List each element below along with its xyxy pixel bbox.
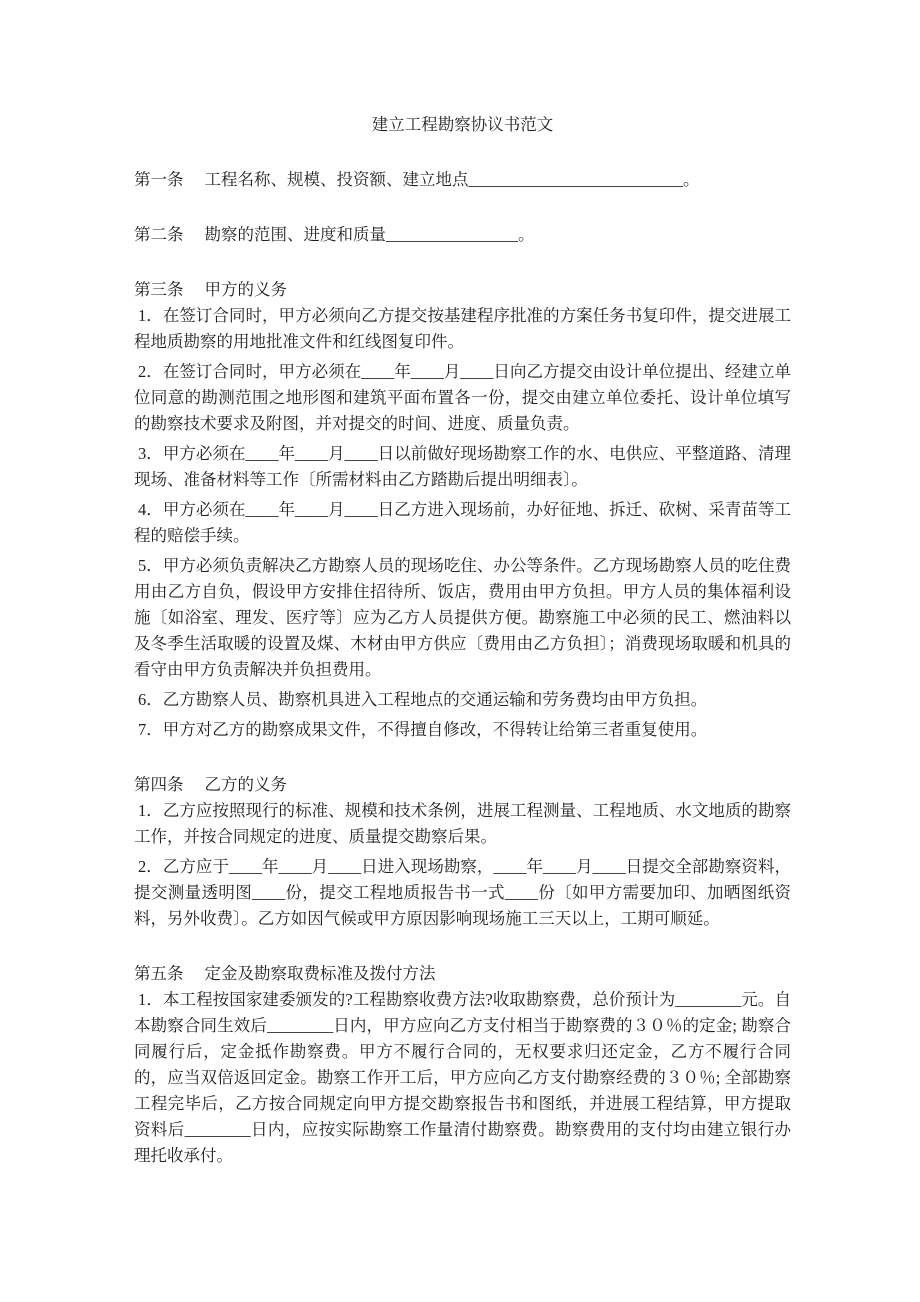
clause-item: 7．甲方对乙方的勘察成果文件，不得擅自修改，不得转让给第三者重复使用。 [134,717,791,743]
document-content: 建立工程勘察协议书范文 第一条工程名称、规模、投资额、建立地点_________… [134,112,791,1169]
clause-5-heading: 第五条定金及勘察取费标准及拨付方法 [134,961,791,987]
clause-2-text: 勘察的范围、进度和质量________________。 [205,225,535,244]
clause-4-text: 乙方的义务 [205,775,288,794]
clause-4-heading: 第四条乙方的义务 [134,772,791,798]
clause-1: 第一条工程名称、规模、投资额、建立地点_____________________… [134,167,791,193]
clause-5-label: 第五条 [134,961,184,987]
clause-2-heading: 第二条勘察的范围、进度和质量________________。 [134,222,791,248]
clause-item: 4．甲方必须在____年____月____日乙方进入现场前，办好征地、拆迁、砍树… [134,497,791,549]
clause-item: 1．本工程按国家建委颁发的?工程勘察收费方法?收取勘察费，总价预计为______… [134,987,791,1169]
clause-1-text: 工程名称、规模、投资额、建立地点________________________… [205,170,700,189]
document-title: 建立工程勘察协议书范文 [134,112,791,138]
clause-3-heading: 第三条甲方的义务 [134,277,791,303]
clause-3-items: 1．在签订合同时，甲方必须向乙方提交按基建程序批准的方案任务书复印件，提交进展工… [134,303,791,743]
clause-3: 第三条甲方的义务 1．在签订合同时，甲方必须向乙方提交按基建程序批准的方案任务书… [134,277,791,743]
clause-4-items: 1．乙方应按照现行的标准、规模和技术条例，进展工程测量、工程地质、水文地质的勘察… [134,798,791,932]
clause-2-label: 第二条 [134,222,184,248]
clause-item: 1．在签订合同时，甲方必须向乙方提交按基建程序批准的方案任务书复印件，提交进展工… [134,303,791,355]
clause-item: 6．乙方勘察人员、勘察机具进入工程地点的交通运输和劳务费均由甲方负担。 [134,687,791,713]
clause-5-items: 1．本工程按国家建委颁发的?工程勘察收费方法?收取勘察费，总价预计为______… [134,987,791,1169]
clause-5-text: 定金及勘察取费标准及拨付方法 [205,964,436,983]
clause-4: 第四条乙方的义务 1．乙方应按照现行的标准、规模和技术条例，进展工程测量、工程地… [134,772,791,932]
clause-item: 1．乙方应按照现行的标准、规模和技术条例，进展工程测量、工程地质、水文地质的勘察… [134,798,791,850]
clause-3-text: 甲方的义务 [205,280,288,299]
clause-3-label: 第三条 [134,277,184,303]
clause-4-label: 第四条 [134,772,184,798]
clause-1-heading: 第一条工程名称、规模、投资额、建立地点_____________________… [134,167,791,193]
clause-item: 3．甲方必须在____年____月____日以前做好现场勘察工作的水、电供应、平… [134,441,791,493]
clause-2: 第二条勘察的范围、进度和质量________________。 [134,222,791,248]
clause-item: 2．乙方应于____年____月____日进入现场勘察，____年____月__… [134,854,791,932]
document-page: 建立工程勘察协议书范文 第一条工程名称、规模、投资额、建立地点_________… [0,0,920,1302]
clause-1-label: 第一条 [134,167,184,193]
clause-5: 第五条定金及勘察取费标准及拨付方法 1．本工程按国家建委颁发的?工程勘察收费方法… [134,961,791,1169]
clause-item: 5．甲方必须负责解决乙方勘察人员的现场吃住、办公等条件。乙方现场勘察人员的吃住费… [134,553,791,683]
clause-item: 2．在签订合同时，甲方必须在____年____月____日向乙方提交由设计单位提… [134,359,791,437]
